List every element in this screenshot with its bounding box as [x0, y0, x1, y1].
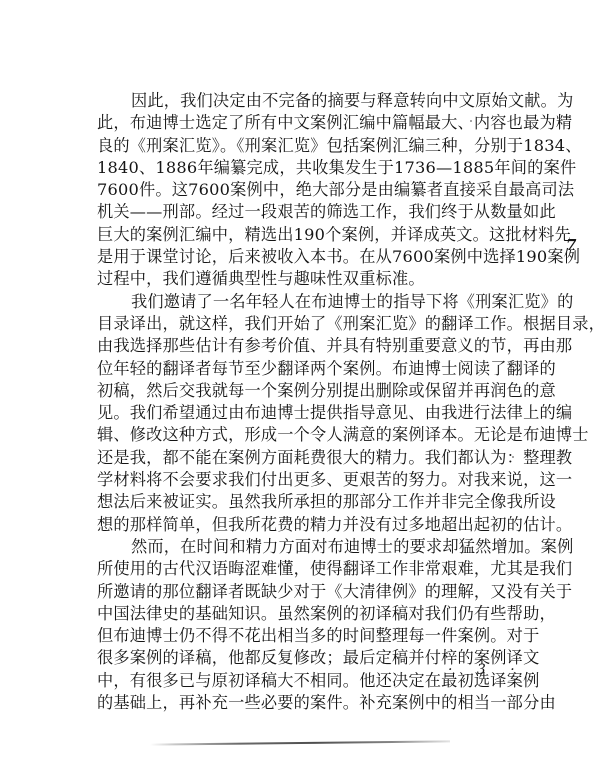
margin-annotation: 7 — [566, 236, 576, 254]
scan-speck — [512, 456, 514, 458]
text-line: 见。我们希望通过由布迪博士提供指导意见、由我进行法律上的编 — [97, 402, 533, 424]
text-line: 但布迪博士仍不得不花出相当多的时间整理每一件案例。对于 — [97, 625, 533, 647]
text-line: 然而，在时间和精力方面对布迪博士的要求却猛然增加。案例 — [97, 536, 533, 558]
text-line: 所邀请的那位翻译者既缺少对于《大清律例》的理解，又没有关于 — [97, 581, 533, 603]
text-line: 此，布迪博士选定了所有中文案例汇编中篇幅最大、内容也最为精 — [97, 112, 533, 134]
text-line: 所使用的古代汉语晦涩难懂，使得翻译工作非常艰难，尤其是我们 — [97, 558, 533, 580]
text-line: 目录译出，就这样，我们开始了《刑案汇览》的翻译工作。根据目录， — [97, 313, 533, 335]
text-line: 初稿，然后交我就每一个案例分别提出删除或保留并再润色的意 — [97, 380, 533, 402]
text-line: 机关——刑部。经过一段艰苦的筛选工作，我们终于从数量如此 — [97, 201, 533, 223]
page-number: · 3 · — [448, 662, 525, 678]
text-line: 由我选择那些估计有参考价值、并具有特别重要意义的节，再由那 — [97, 335, 533, 357]
scan-speck — [470, 120, 472, 122]
text-line: 因此，我们决定由不完备的摘要与释意转向中文原始文献。为 — [97, 90, 533, 112]
text-line: 良的《刑案汇览》。《刑案汇览》包括案例汇编三种，分别于1834、 — [97, 135, 533, 157]
text-line: 的基础上，再补充一些必要的案件。补充案例中的相当一部分由 — [97, 692, 533, 714]
text-line: 我们邀请了一名年轻人在布迪博士的指导下将《刑案汇览》的 — [97, 291, 533, 313]
text-line: 7600件。这7600案例中，绝大部分是由编纂者直接采自最高司法 — [97, 179, 533, 201]
text-line: 是用于课堂讨论，后来被收入本书。在从7600案例中选择190案例 — [97, 246, 533, 268]
scan-edge-line — [150, 740, 450, 745]
text-line: 学材料将不会要求我们付出更多、更艰苦的努力。对我来说，这一 — [97, 469, 533, 491]
text-line: 辑、修改这种方式，形成一个令人满意的案例译本。无论是布迪博士 — [97, 424, 533, 446]
text-line: 想法后来被证实。虽然我所承担的那部分工作并非完全像我所设 — [97, 491, 533, 513]
text-line: 位年轻的翻译者每节至少翻译两个案例。布迪博士阅读了翻译的 — [97, 358, 533, 380]
text-line: 1840、1886年编纂完成，共收集发生于1736—1885年间的案件 — [97, 157, 533, 179]
text-line: 中国法律史的基础知识。虽然案例的初译稿对我们仍有些帮助， — [97, 603, 533, 625]
document-body: 因此，我们决定由不完备的摘要与释意转向中文原始文献。为此，布迪博士选定了所有中文… — [97, 90, 533, 714]
text-line: 还是我，都不能在案例方面耗费很大的精力。我们都认为：整理教 — [97, 447, 533, 469]
text-line: 巨大的案例汇编中，精选出190个案例，并译成英文。这批材料先 — [97, 224, 533, 246]
text-line: 想的那样简单，但我所花费的精力并没有过多地超出起初的估计。 — [97, 514, 533, 536]
text-line: 过程中，我们遵循典型性与趣味性双重标准。 — [97, 268, 533, 290]
